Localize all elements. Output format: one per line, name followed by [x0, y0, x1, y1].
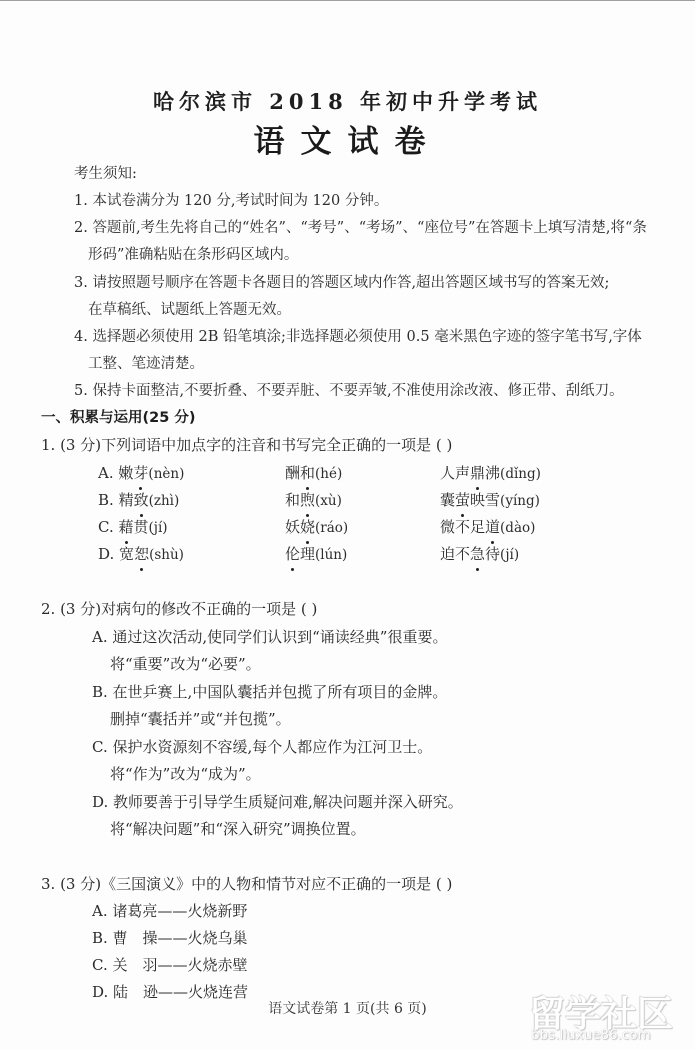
- pinyin: (shù): [149, 547, 184, 563]
- word-text: 酬: [285, 464, 300, 482]
- pinyin: (xù): [315, 493, 342, 509]
- q1-option-d-col1: D. 宽恕(shù): [98, 543, 184, 564]
- word-text: 理: [300, 545, 315, 563]
- q2-option-b: B. 在世乒赛上,中国队囊括并包揽了所有项目的金牌。: [92, 681, 447, 702]
- pinyin: (yíng): [500, 493, 540, 509]
- notice-item-2-cont: 形码”准确粘贴在条形码区域内。: [88, 243, 298, 264]
- q2-option-a-fix: 将“重要”改为“必要”。: [110, 653, 261, 674]
- q2-option-a: A. 通过这次活动,使同学们认识到“诵读经典”很重要。: [92, 626, 447, 647]
- word-text: 妖: [285, 518, 300, 536]
- dotted-char: 煦: [300, 489, 315, 510]
- pinyin: (lún): [315, 547, 347, 563]
- word-text: 沸: [485, 464, 500, 482]
- q2-option-d: D. 教师要善于引导学生质疑问难,解决问题并深入研究。: [92, 791, 463, 812]
- q3-option-c: C. 关 羽——火烧赤壁: [92, 954, 247, 975]
- dotted-char: 和: [300, 462, 315, 483]
- word-text: 嫩: [118, 464, 133, 482]
- option-label: D.: [98, 545, 114, 563]
- pinyin: (ráo): [315, 520, 348, 536]
- question-1-stem: 1. (3 分)下列词语中加点字的注音和书写完全正确的一项是 ( ): [41, 434, 452, 455]
- notice-item-3: 3. 请按照题号顺序在答题卡各题目的答题区域内作答,超出答题区域书写的答案无效;: [74, 271, 609, 292]
- pinyin: (jí): [149, 520, 168, 536]
- q1-option-d-col2: 伦理(lún): [285, 543, 347, 564]
- question-2-stem: 2. (3 分)对病句的修改不正确的一项是 ( ): [41, 598, 317, 619]
- pinyin: (hé): [315, 466, 342, 482]
- pinyin: (jí): [500, 547, 519, 563]
- notice-item-4-cont: 工整、笔迹清楚。: [88, 352, 204, 373]
- word-text: 精: [119, 491, 134, 509]
- q3-option-b: B. 曹 操——火烧乌巢: [92, 927, 248, 948]
- word-text: 人声: [440, 464, 470, 482]
- option-label: A.: [98, 464, 114, 482]
- q1-option-b-col2: 和煦(xù): [285, 489, 342, 510]
- q2-option-c: C. 保护水资源刻不容缓,每个人都应作为江河卫士。: [92, 736, 432, 757]
- exam-subject-title: 语文试卷: [0, 116, 695, 161]
- notice-item-5: 5. 保持卡面整洁,不要折叠、不要弄脏、不要弄皱,不准使用涂改液、修正带、刮纸刀…: [74, 379, 624, 400]
- q1-option-a-col3: 人声鼎沸(dǐng): [440, 462, 541, 483]
- pinyin: (nèn): [148, 466, 184, 482]
- q1-option-a-col2: 酬和(hé): [285, 462, 342, 483]
- q2-option-c-fix: 将“作为”改为“成为”。: [110, 763, 261, 784]
- word-text: 和: [285, 491, 300, 509]
- word-text: 迫不: [440, 545, 470, 563]
- section-heading: 一、积累与运用(25 分): [41, 406, 195, 427]
- dotted-char: 芽: [133, 462, 148, 483]
- notice-item-3-cont: 在草稿纸、试题纸上答题无效。: [88, 298, 291, 319]
- q1-option-c-col2: 妖娆(ráo): [285, 516, 348, 537]
- dotted-char: 道: [485, 516, 500, 537]
- dotted-char: 藉: [119, 516, 134, 537]
- option-label: C.: [98, 518, 114, 536]
- question-3-stem: 3. (3 分)《三国演义》中的人物和情节对应不正确的一项是 ( ): [41, 873, 452, 894]
- top-border-line: [0, 0, 695, 1]
- dotted-char: 伦: [285, 543, 300, 564]
- word-text: 待: [485, 545, 500, 563]
- dotted-char: 鼎: [470, 462, 485, 483]
- notice-item-4: 4. 选择题必须使用 2B 铅笔填涂;非选择题必须使用 0.5 毫米黑色字迹的签…: [74, 325, 642, 346]
- q1-option-c-col3: 微不足道(dào): [440, 516, 535, 537]
- q2-option-d-fix: 将“解决问题”和“深入研究”调换位置。: [110, 818, 366, 839]
- notice-item-2: 2. 答题前,考生先将自己的“姓名”、“考号”、“考场”、“座位号”在答题卡上填…: [74, 216, 647, 237]
- exam-title: 哈尔滨市 2018 年初中升学考试: [0, 86, 695, 116]
- word-text: 宽: [119, 545, 134, 563]
- pinyin: (dào): [500, 520, 535, 536]
- watermark-url: bbs.liuxue86.com: [531, 1027, 651, 1043]
- q1-option-b-col3: 囊萤映雪(yíng): [440, 489, 540, 510]
- dotted-char: 急: [470, 543, 485, 564]
- dotted-char: 恕: [134, 543, 149, 564]
- dotted-char: 致: [134, 489, 149, 510]
- q1-option-b-col1: B. 精致(zhì): [98, 489, 179, 510]
- option-label: B.: [98, 491, 114, 509]
- dotted-char: 娆: [300, 516, 315, 537]
- notice-heading: 考生须知:: [74, 162, 137, 183]
- pinyin: (zhì): [149, 493, 180, 509]
- q1-option-d-col3: 迫不急待(jí): [440, 543, 519, 564]
- notice-item-1: 1. 本试卷满分为 120 分,考试时间为 120 分钟。: [74, 189, 388, 210]
- word-text: 映雪: [470, 491, 500, 509]
- word-text: 微不足: [440, 518, 485, 536]
- q1-option-c-col1: C. 藉贯(jí): [98, 516, 168, 537]
- q3-option-a: A. 诸葛亮——火烧新野: [92, 900, 247, 921]
- dotted-char: 萤: [455, 489, 470, 510]
- watermark-logo: 留学社区 bbs.liuxue86.com: [527, 986, 687, 1046]
- q1-option-a-col1: A. 嫩芽(nèn): [98, 462, 184, 483]
- q2-option-b-fix: 删掉“囊括并”或“并包揽”。: [110, 708, 291, 729]
- word-text: 贯: [134, 518, 149, 536]
- word-text: 囊: [440, 491, 455, 509]
- pinyin: (dǐng): [500, 466, 541, 482]
